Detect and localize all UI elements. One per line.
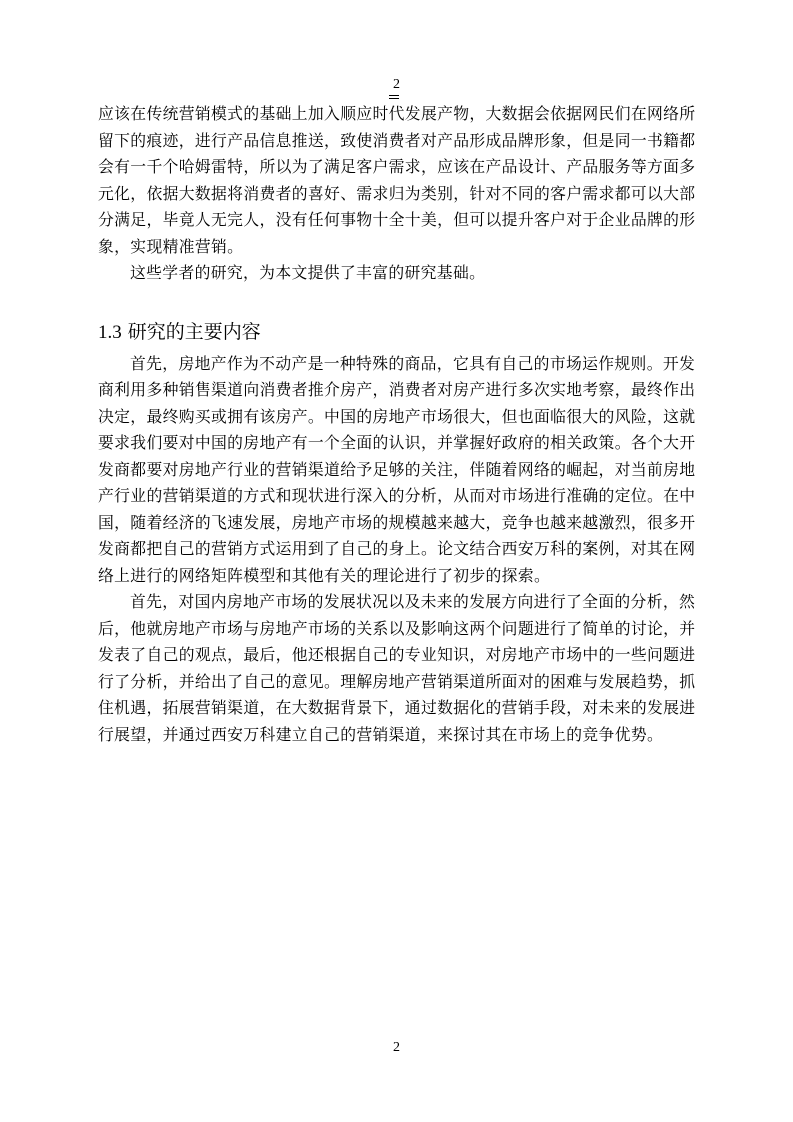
text-line: 产行业的营销渠道的方式和现状进行深入的分析，从而对市场进行准确的定位。在中 [98, 483, 696, 510]
text-line: 络上进行的网络矩阵模型和其他有关的理论进行了初步的探索。 [98, 563, 696, 590]
paragraph: 首先，房地产作为不动产是一种特殊的商品，它具有自己的市场运作规则。开发 商利用多… [98, 351, 696, 590]
text-line: 会有一千个哈姆雷特，所以为了满足客户需求，应该在产品设计、产品服务等方面多 [98, 154, 696, 181]
text-line: 行展望，并通过西安万科建立自己的营销渠道，来探讨其在市场上的竞争优势。 [98, 722, 696, 749]
text-line: 住机遇，拓展营销渠道，在大数据背景下，通过数据化的营销手段，对未来的发展进 [98, 695, 696, 722]
section-number: 1.3 [98, 322, 122, 343]
text-line: 商利用多种销售渠道向消费者推介房产，消费者对房产进行多次实地考察，最终作出 [98, 377, 696, 404]
paragraph: 首先，对国内房地产市场的发展状况以及未来的发展方向进行了全面的分析，然 后，他就… [98, 589, 696, 748]
header-page-number: 2 [0, 77, 793, 93]
text-line: 国，随着经济的飞速发展，房地产市场的规模越来越大，竞争也越来越激烈，很多开 [98, 510, 696, 537]
section-title: 研究的主要内容 [128, 321, 261, 343]
text-line: 发商都把自己的营销方式运用到了自己的身上。论文结合西安万科的案例，对其在网 [98, 536, 696, 563]
footer-page-number: 2 [0, 1040, 793, 1056]
text-line: 发商都要对房地产行业的营销渠道给予足够的关注，伴随着网络的崛起，对当前房地 [98, 457, 696, 484]
text-line: 分满足，毕竟人无完人，没有任何事物十全十美，但可以提升客户对于企业品牌的形 [98, 207, 696, 234]
text-line: 应该在传统营销模式的基础上加入顺应时代发展产物，大数据会依据网民们在网络所 [98, 101, 696, 128]
text-line: 行了分析，并给出了自己的意见。理解房地产营销渠道所面对的困难与发展趋势，抓 [98, 669, 696, 696]
text-line: 象，实现精准营销。 [98, 234, 696, 261]
text-line: 留下的痕迹，进行产品信息推送，致使消费者对产品形成品牌形象，但是同一书籍都 [98, 128, 696, 155]
page-body: 应该在传统营销模式的基础上加入顺应时代发展产物，大数据会依据网民们在网络所 留下… [98, 101, 696, 748]
text-line: 元化，依据大数据将消费者的喜好、需求归为类别，针对不同的客户需求都可以大部 [98, 181, 696, 208]
header-rule-top [389, 95, 399, 96]
section-heading: 1.3 研究的主要内容 [98, 315, 696, 349]
paragraph: 这些学者的研究，为本文提供了丰富的研究基础。 [98, 260, 696, 287]
text-line: 首先，房地产作为不动产是一种特殊的商品，它具有自己的市场运作规则。开发 [98, 351, 696, 378]
text-line: 决定，最终购买或拥有该房产。中国的房地产市场很大，但也面临很大的风险，这就 [98, 404, 696, 431]
text-line: 发表了自己的观点，最后，他还根据自己的专业知识，对房地产市场中的一些问题进 [98, 642, 696, 669]
text-line: 要求我们要对中国的房地产有一个全面的认识，并掌握好政府的相关政策。各个大开 [98, 430, 696, 457]
text-line: 这些学者的研究，为本文提供了丰富的研究基础。 [98, 260, 696, 287]
header-rule-bottom [389, 98, 399, 99]
text-line: 后，他就房地产市场与房地产市场的关系以及影响这两个问题进行了简单的讨论，并 [98, 616, 696, 643]
paragraph: 应该在传统营销模式的基础上加入顺应时代发展产物，大数据会依据网民们在网络所 留下… [98, 101, 696, 260]
text-line: 首先，对国内房地产市场的发展状况以及未来的发展方向进行了全面的分析，然 [98, 589, 696, 616]
